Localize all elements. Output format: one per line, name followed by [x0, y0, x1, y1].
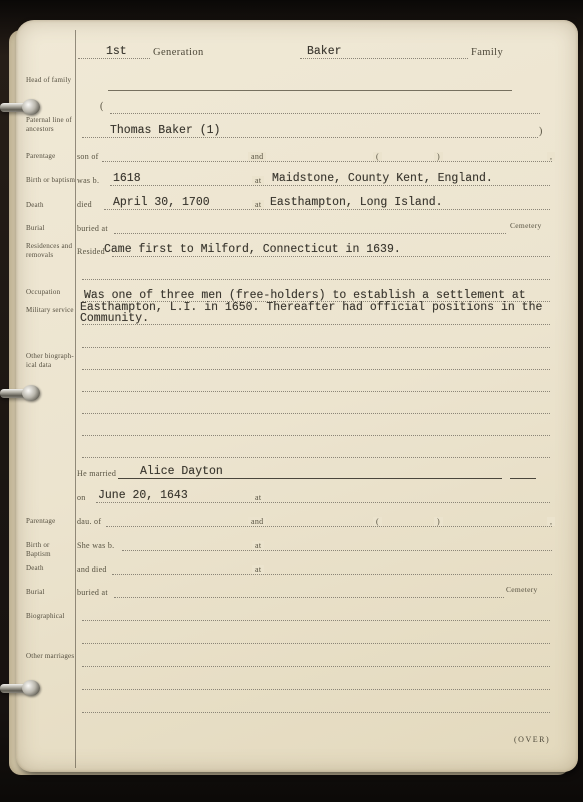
at-label: at — [252, 565, 264, 574]
and-died-label: and died — [77, 565, 107, 574]
was-born-label: was b. — [77, 176, 99, 185]
rule-line — [82, 689, 550, 690]
typed-underline — [510, 478, 536, 479]
cemetery-label: Cemetery — [506, 585, 538, 594]
biography-note-line2: Easthampton, L.I. in 1650. Thereafter ha… — [80, 301, 542, 314]
margin-label-death-2: Death — [26, 564, 76, 573]
surname-value: Baker — [307, 45, 342, 58]
margin-label-parentage: Parentage — [26, 152, 76, 161]
margin-label-biographical: Biographical — [26, 612, 76, 621]
dau-of-label: dau. of — [77, 517, 101, 526]
paren-close: ) — [539, 126, 543, 137]
and-label: and — [248, 517, 266, 526]
rule-line — [82, 137, 538, 138]
buried-at-label: buried at — [77, 224, 108, 233]
rule-line — [82, 457, 550, 458]
typed-underline — [118, 478, 502, 479]
death-date-value: April 30, 1700 — [113, 196, 210, 209]
son-of-label: son of — [77, 152, 99, 161]
rule-line — [82, 324, 550, 325]
rule-line — [102, 161, 552, 162]
paren-close: ) — [434, 517, 443, 526]
margin-label-other-marriages: Other marriages — [26, 652, 76, 661]
margin-label-birth-or-baptism-2: Birth or Baptism — [26, 541, 76, 559]
rule-line — [122, 550, 552, 551]
birth-place-value: Maidstone, County Kent, England. — [272, 172, 493, 185]
rule-line — [96, 502, 550, 503]
rule-line — [106, 526, 552, 527]
rule-line — [82, 347, 550, 348]
rule-line — [82, 391, 550, 392]
over-label: (OVER) — [514, 735, 550, 744]
comma: , — [547, 152, 555, 161]
margin-label-burial-2: Burial — [26, 588, 76, 597]
rule-line — [82, 435, 550, 436]
rule-line — [104, 209, 550, 210]
rule-line — [78, 58, 150, 59]
on-label: on — [77, 493, 86, 502]
she-was-born-label: She was b. — [77, 541, 114, 550]
rule-line — [108, 90, 512, 91]
family-label: Family — [471, 47, 503, 58]
rule-line — [82, 620, 550, 621]
rule-line — [300, 58, 468, 59]
at-label: at — [252, 493, 264, 502]
rule-line — [82, 369, 550, 370]
generation-label: Generation — [153, 47, 204, 58]
binder-ring-icon — [22, 99, 40, 115]
cemetery-label: Cemetery — [510, 221, 542, 230]
rule-line — [82, 279, 550, 280]
binder-ring-icon — [22, 385, 40, 401]
rule-line — [114, 233, 506, 234]
paren-open: ( — [373, 152, 382, 161]
margin-label-parentage-2: Parentage — [26, 517, 76, 526]
rule-line — [82, 643, 550, 644]
buried-at-label: buried at — [77, 588, 108, 597]
at-label: at — [252, 200, 264, 209]
margin-label-burial: Burial — [26, 224, 76, 233]
rule-line — [112, 256, 550, 257]
margin-label-birth-or-baptism: Birth or baptism — [26, 176, 76, 185]
generation-value: 1st — [106, 45, 127, 58]
margin-label-other-biographical: Other biograph- ical data — [26, 352, 76, 370]
resided-note-value: Came first to Milford, Connecticut in 16… — [104, 243, 401, 256]
rule-line — [114, 597, 504, 598]
resided-label: Resided — [77, 247, 105, 256]
rule-line — [82, 712, 550, 713]
at-label: at — [252, 176, 264, 185]
paren-open: ( — [373, 517, 382, 526]
head-of-family-name: Thomas Baker (1) — [110, 124, 220, 137]
death-place-value: Easthampton, Long Island. — [270, 196, 443, 209]
rule-line — [82, 413, 550, 414]
biography-note-line3: Community. — [80, 312, 149, 325]
margin-label-occupation: Occupation — [26, 288, 76, 297]
paren-open: ( — [100, 101, 104, 112]
died-label: died — [77, 200, 92, 209]
paren-close: ) — [434, 152, 443, 161]
margin-label-paternal-line: Paternal line of ancestors — [26, 116, 76, 134]
he-married-label: He married — [77, 469, 116, 478]
birth-year-value: 1618 — [113, 172, 141, 185]
marriage-date-value: June 20, 1643 — [98, 489, 188, 502]
rule-line — [110, 113, 540, 114]
rule-line — [112, 574, 552, 575]
genealogy-form-page — [16, 20, 578, 772]
rule-line — [82, 666, 550, 667]
binder-ring-icon — [22, 680, 40, 696]
margin-label-residences: Residences and removals — [26, 242, 76, 260]
margin-label-military: Military service — [26, 306, 76, 315]
spouse-name-value: Alice Dayton — [140, 465, 223, 478]
and-label: and — [248, 152, 266, 161]
at-label: at — [252, 541, 264, 550]
margin-label-head-of-family: Head of family — [26, 76, 76, 85]
binder-page-scan: 1st Generation Baker Family Head of fami… — [0, 0, 583, 802]
margin-label-death: Death — [26, 201, 76, 210]
comma: , — [547, 517, 555, 526]
rule-line — [110, 185, 550, 186]
